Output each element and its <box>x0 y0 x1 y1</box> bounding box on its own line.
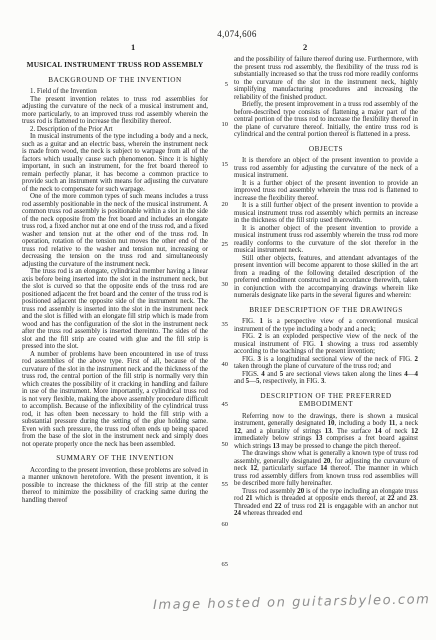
paragraph: The present invention relates to truss r… <box>22 96 208 126</box>
paragraph: A number of problems have been encounter… <box>22 351 208 449</box>
paragraph: Referring now to the drawings, there is … <box>234 413 418 451</box>
left-column-body: BACKGROUND OF THE INVENTION1. Field of t… <box>22 76 208 505</box>
left-column: MUSICAL INSTRUMENT TRUSS ROD ASSEMBLY BA… <box>22 56 208 504</box>
line-number: 35 <box>222 321 229 328</box>
paragraph: The drawings show what is generally a kn… <box>234 450 418 488</box>
paragraph: FIGS. 4 and 5 are sectional views taken … <box>234 371 418 386</box>
paragraph: Truss rod assembly 20 is of the type inc… <box>234 488 418 518</box>
paragraph: In musical instruments of the type inclu… <box>22 133 208 193</box>
line-number: 50 <box>222 441 229 448</box>
paragraph: It is a further object of the present in… <box>234 180 418 203</box>
paragraph: Briefly, the present improvement in a tr… <box>234 101 418 139</box>
section-heading: BACKGROUND OF THE INVENTION <box>22 76 208 85</box>
line-number: 5 <box>225 81 228 88</box>
column-number-left: 1 <box>131 42 135 52</box>
column-number-right: 2 <box>303 42 307 52</box>
paragraph: It is a still further object of the pres… <box>234 202 418 225</box>
line-number-gutter: 5101520253035404550556065 <box>208 0 230 640</box>
line-number: 30 <box>222 281 229 288</box>
paragraph: According to the present invention, thes… <box>22 467 208 505</box>
patent-page: 4,074,606 1 2 5101520253035404550556065 … <box>0 0 436 640</box>
paragraph: One of the more common types of such mea… <box>22 193 208 268</box>
line-number: 40 <box>222 361 229 368</box>
line-number: 55 <box>222 481 229 488</box>
invention-title: MUSICAL INSTRUMENT TRUSS ROD ASSEMBLY <box>22 61 208 70</box>
paragraph: FIG. 2 is an exploded perspective view o… <box>234 333 418 356</box>
line-number: 10 <box>222 121 229 128</box>
line-number: 60 <box>222 521 229 528</box>
line-number: 45 <box>222 401 229 408</box>
paragraph: It is another object of the present inve… <box>234 225 418 255</box>
paragraph: FIG. 3 is a longitudinal sectional view … <box>234 356 418 371</box>
paragraph: and the possibility of failure thereof d… <box>234 56 418 101</box>
section-heading: DESCRIPTION OF THE PREFERRED EMBODIMENT <box>234 392 418 409</box>
paragraph: The truss rod is an elongate, cylindrica… <box>22 268 208 351</box>
paragraph: 1. Field of the Invention <box>22 88 208 96</box>
section-heading: SUMMARY OF THE INVENTION <box>22 454 208 463</box>
section-heading: OBJECTS <box>234 145 418 154</box>
paragraph: It is therefore an object of the present… <box>234 157 418 180</box>
line-number: 20 <box>222 201 229 208</box>
paragraph: 2. Description of the Prior Art <box>22 126 208 134</box>
section-heading: BRIEF DESCRIPTION OF THE DRAWINGS <box>234 306 418 315</box>
line-number: 65 <box>222 561 229 568</box>
line-number: 25 <box>222 241 229 248</box>
paragraph: Still other objects, features, and atten… <box>234 255 418 300</box>
watermark-text: Image hosted on guitarsbyleo.com <box>153 592 436 613</box>
paragraph: FIG. 1 is a perspective view of a conven… <box>234 318 418 333</box>
right-column: and the possibility of failure thereof d… <box>234 56 418 518</box>
line-number: 15 <box>222 161 229 168</box>
